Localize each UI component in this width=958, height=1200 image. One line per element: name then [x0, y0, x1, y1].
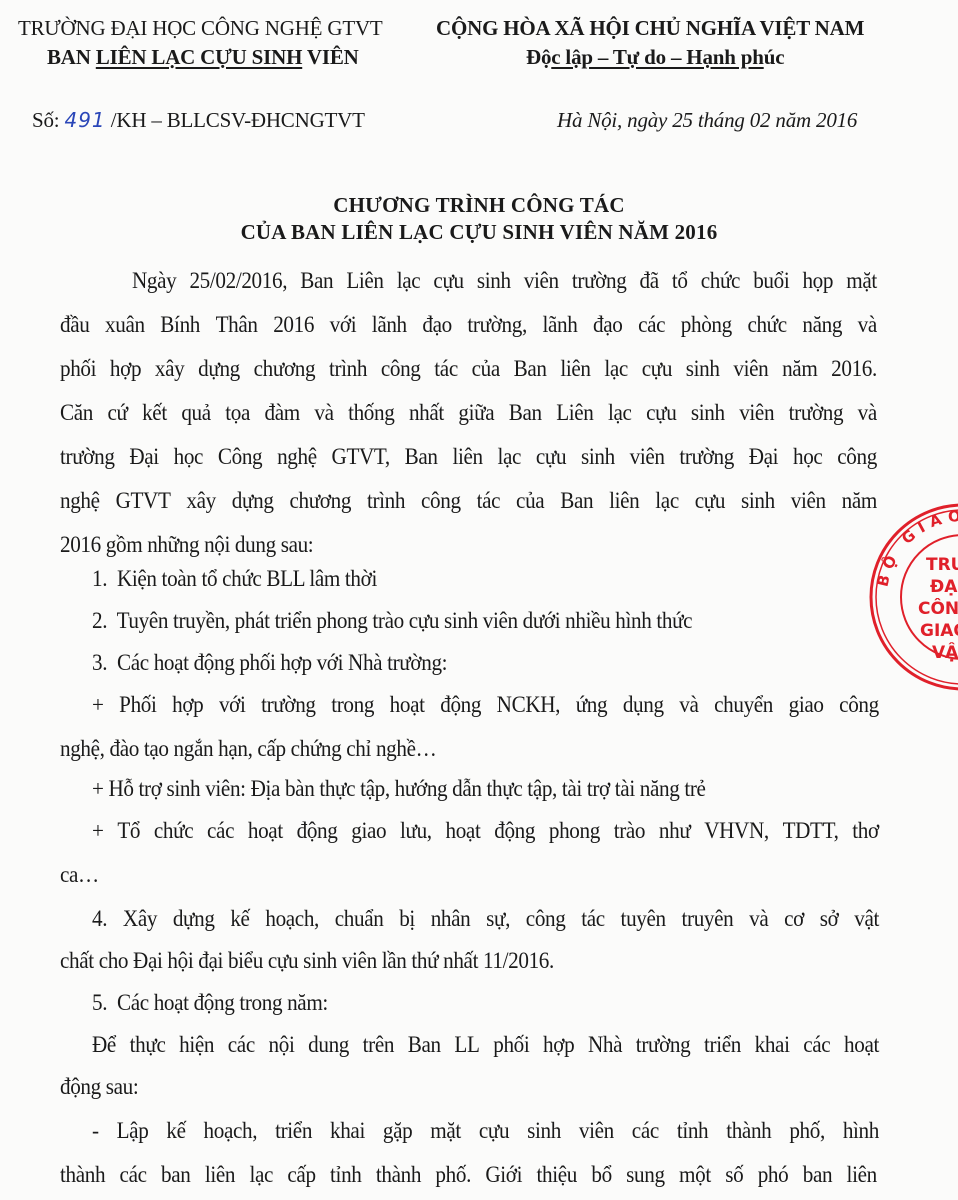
word: cựu — [433, 268, 463, 294]
word: TDTT, — [783, 818, 839, 844]
word: VHVN, — [704, 818, 769, 844]
word: lưu, — [400, 818, 432, 844]
word: sinh — [477, 268, 511, 294]
word: Giới — [485, 1162, 522, 1188]
word: phối — [60, 356, 96, 382]
word: động — [494, 818, 535, 844]
word: các — [803, 1032, 830, 1058]
word: giao — [789, 692, 824, 718]
word: bổ — [591, 1162, 611, 1188]
word: phối — [493, 1032, 529, 1058]
word: dựng — [173, 906, 215, 932]
word: các — [228, 1032, 255, 1058]
body-line: chất cho Đại hội đại biểu cựu sinh viên … — [60, 948, 554, 974]
national-title: CỘNG HÒA XÃ HỘI CHỦ NGHĨA VIỆT NAM — [436, 16, 864, 41]
body-line: 1. Kiện toàn tổ chức BLL lâm thời — [92, 566, 377, 592]
word: động — [440, 692, 481, 718]
word: sinh — [741, 488, 775, 514]
word: truyên — [682, 906, 734, 932]
word: trường — [572, 268, 627, 294]
word: dựng — [198, 356, 240, 382]
word: viên — [739, 400, 774, 426]
word: LL — [454, 1032, 479, 1058]
document-number-label: Số: — [32, 108, 59, 132]
word: trường — [636, 1032, 691, 1058]
word: lạc — [608, 400, 632, 426]
word: khai — [330, 1118, 365, 1144]
word: + — [92, 818, 104, 844]
word: tọa — [225, 400, 250, 426]
word: Bính — [160, 312, 200, 338]
word: hiện — [179, 1032, 214, 1058]
department-name-underlined: LIÊN LẠC CỰU SINH — [96, 45, 302, 69]
word: tác — [477, 488, 501, 514]
word: GTVT, — [332, 444, 390, 470]
word: hoạt — [844, 1032, 879, 1058]
word: trình — [367, 488, 405, 514]
word: Đại — [749, 444, 778, 470]
body-line: phốihợpxâydựngchươngtrìnhcôngtáccủaBanli… — [60, 356, 877, 382]
word: cựu — [536, 444, 566, 470]
word: công — [381, 356, 421, 382]
word: chức — [747, 312, 786, 338]
svg-text:TRƯ: TRƯ — [926, 555, 958, 575]
body-line: đầuxuânBínhThân2016vớilãnhđạotrường,lãnh… — [60, 312, 877, 338]
body-line: -Lậpkếhoạch,triểnkhaigặpmặtcựusinhviêncá… — [92, 1118, 879, 1144]
word: sự, — [486, 906, 510, 932]
official-stamp-icon: BỘ GIAO THÔ TRƯĐẠICÔNGGIAOVẬ — [868, 502, 958, 692]
svg-text:VẬ: VẬ — [932, 641, 958, 663]
word: liên — [560, 356, 590, 382]
word: trường, — [467, 312, 526, 338]
department-name-suffix: VIÊN — [302, 45, 358, 69]
word: nghệ — [277, 444, 317, 470]
word: trường — [789, 400, 844, 426]
body-line: động sau: — [60, 1074, 138, 1100]
word: của — [516, 488, 544, 514]
word: thiệu — [537, 1162, 577, 1188]
word: công — [839, 692, 879, 718]
word: chương — [254, 356, 316, 382]
word: xuân — [105, 312, 145, 338]
word: sở — [820, 906, 839, 932]
word: công — [421, 488, 461, 514]
word: cựu — [646, 400, 676, 426]
word: trường — [60, 444, 115, 470]
word: Ngày — [132, 268, 176, 294]
word: trường — [261, 692, 316, 718]
national-motto: Độc lập – Tự do – Hạnh phúc — [526, 45, 784, 70]
word: nhất — [409, 400, 444, 426]
word: phố, — [789, 1118, 825, 1144]
word: viên — [524, 268, 559, 294]
word: kế — [166, 1118, 185, 1144]
word: cựu — [642, 356, 672, 382]
word: Ban — [509, 400, 542, 426]
word: năng — [802, 312, 842, 338]
word: các — [120, 1162, 147, 1188]
word: trào — [614, 818, 645, 844]
word: Ban — [560, 488, 593, 514]
word: viên — [579, 1118, 614, 1144]
word: với — [330, 312, 357, 338]
word: lạc — [604, 356, 628, 382]
word: tỉnh — [330, 1162, 361, 1188]
word: đàm — [265, 400, 300, 426]
word: trên — [363, 1032, 394, 1058]
word: xây — [186, 488, 215, 514]
word: 4. — [92, 906, 107, 932]
word: thống — [348, 400, 394, 426]
word: Nhà — [588, 1032, 622, 1058]
word: liên — [452, 444, 482, 470]
word: sinh — [686, 356, 720, 382]
word: số — [725, 1162, 743, 1188]
word: phố. — [435, 1162, 471, 1188]
word: chương — [289, 488, 351, 514]
national-motto-suffix: úc — [764, 45, 785, 69]
word: xây — [155, 356, 184, 382]
word: lạc — [498, 444, 522, 470]
body-line: trườngĐạihọcCôngnghệGTVT,Banliênlạccựusi… — [60, 444, 877, 470]
document-title-line2: CỦA BAN LIÊN LẠC CỰU SINH VIÊN NĂM 2016 — [0, 220, 958, 245]
word: Ban — [405, 444, 438, 470]
word: nội — [269, 1032, 295, 1058]
word: và — [858, 400, 877, 426]
word: GTVT — [116, 488, 171, 514]
word: + — [92, 692, 104, 718]
word: kết — [142, 400, 167, 426]
body-line: nghệ, đào tạo ngắn hạn, cấp chứng chỉ ng… — [60, 736, 436, 762]
word: tuyên — [621, 906, 666, 932]
word: động — [297, 818, 338, 844]
document-number: Số: 491 /KH – BLLCSV-ĐHCNGTVT — [32, 108, 365, 133]
institution-name: TRƯỜNG ĐẠI HỌC CÔNG NGHỆ GTVT — [18, 16, 383, 41]
word: hoạt — [248, 818, 283, 844]
body-line: ĐểthựchiệncácnộidungtrênBanLLphốihợpNhàt… — [92, 1032, 879, 1058]
word: phó — [758, 1162, 789, 1188]
word: dung — [308, 1032, 349, 1058]
word: hợp — [172, 692, 203, 718]
word: ban — [161, 1162, 190, 1188]
body-line: +PhốihợpvớitrườngtronghoạtđộngNCKH,ứngdụ… — [92, 692, 879, 718]
national-motto-prefix: Độ — [526, 45, 551, 69]
word: Thân — [216, 312, 258, 338]
word: Đại — [129, 444, 158, 470]
word: tỉnh — [677, 1118, 708, 1144]
word: như — [659, 818, 691, 844]
word: Căn — [60, 400, 93, 426]
svg-text:CÔNG: CÔNG — [918, 597, 958, 619]
word: tổ — [672, 268, 688, 294]
body-line: nghệGTVTxâydựngchươngtrìnhcôngtáccủaBanl… — [60, 488, 877, 514]
word: và — [858, 312, 877, 338]
body-line: Ngày25/02/2016,BanLiênlạccựusinhviêntrườ… — [132, 268, 877, 294]
word: sinh — [581, 444, 615, 470]
word: hợp — [110, 356, 141, 382]
word: đạo — [422, 312, 451, 338]
word: dụng — [623, 692, 664, 718]
word: gặp — [383, 1118, 412, 1144]
word: các — [207, 818, 234, 844]
word: chuẩn — [335, 906, 384, 932]
word: NCKH, — [497, 692, 560, 718]
body-line: 2016 gồm những nội dung sau: — [60, 532, 313, 558]
word: chức — [154, 818, 193, 844]
word: đã — [640, 268, 659, 294]
word: kế — [230, 906, 249, 932]
body-line: 3. Các hoạt động phối hợp với Nhà trường… — [92, 650, 447, 676]
word: triển — [275, 1118, 312, 1144]
document-code: /KH – BLLCSV-ĐHCNGTVT — [111, 108, 365, 132]
word: thành — [376, 1162, 421, 1188]
word: viên — [630, 444, 665, 470]
body-line: + Hỗ trợ sinh viên: Địa bàn thực tập, hư… — [92, 776, 706, 802]
word: các — [632, 1118, 659, 1144]
word: ứng — [576, 692, 608, 718]
body-line: 2. Tuyên truyền, phát triển phong trào c… — [92, 608, 692, 634]
word: Lập — [117, 1118, 149, 1144]
word: cựu — [695, 488, 725, 514]
word: hợp — [543, 1032, 574, 1058]
word: ban — [803, 1162, 832, 1188]
word: học — [174, 444, 203, 470]
svg-text:GIAO: GIAO — [920, 621, 958, 641]
word: giao — [351, 818, 386, 844]
word: thơ — [852, 818, 879, 844]
word: thành — [60, 1162, 105, 1188]
body-line: +Tổchứccáchoạtđộnggiaolưu,hoạtđộngphongt… — [92, 818, 879, 844]
word: liên — [847, 1162, 877, 1188]
word: cựu — [479, 1118, 509, 1144]
word: trong — [331, 692, 374, 718]
word: Công — [218, 444, 262, 470]
body-line: 4.Xâydựngkếhoạch,chuẩnbịnhânsự,côngtáctu… — [92, 906, 879, 932]
word: lãnh — [372, 312, 407, 338]
word: vật — [854, 906, 879, 932]
word: Để — [92, 1032, 116, 1058]
word: thành — [726, 1118, 771, 1144]
word: lạc — [397, 268, 421, 294]
word: cấp — [287, 1162, 315, 1188]
word: đầu — [60, 312, 89, 338]
word: hoạt — [445, 818, 480, 844]
body-line: ca… — [60, 862, 99, 888]
word: hoạt — [390, 692, 425, 718]
word: lạc — [249, 1162, 273, 1188]
word: với — [219, 692, 246, 718]
word: khai — [755, 1032, 790, 1058]
word: viên — [733, 356, 768, 382]
word: trình — [329, 356, 367, 382]
document-title-line1: CHƯƠNG TRÌNH CÔNG TÁC — [0, 193, 958, 218]
word: viên — [791, 488, 826, 514]
word: Tổ — [117, 818, 140, 844]
department-name: BAN LIÊN LẠC CỰU SINH VIÊN — [47, 45, 359, 70]
word: nhân — [431, 906, 471, 932]
word: của — [472, 356, 500, 382]
word: sinh — [691, 400, 725, 426]
word: hoạch, — [265, 906, 319, 932]
word: 2016 — [273, 312, 314, 338]
word: và — [679, 692, 698, 718]
word: lạc — [655, 488, 679, 514]
word: liên — [205, 1162, 235, 1188]
word: tác — [581, 906, 605, 932]
word: các — [638, 312, 665, 338]
word: 2016. — [831, 356, 877, 382]
word: và — [749, 906, 768, 932]
word: mặt — [846, 268, 877, 294]
word: - — [92, 1118, 99, 1144]
word: sung — [626, 1162, 665, 1188]
word: hình — [843, 1118, 879, 1144]
word: học — [793, 444, 822, 470]
word: quả — [181, 400, 210, 426]
word: mặt — [430, 1118, 461, 1144]
word: 25/02/2016, — [189, 268, 287, 294]
body-line: thànhcácbanliênlạccấptỉnhthànhphố.Giớith… — [60, 1162, 877, 1188]
handwritten-number: 491 — [64, 108, 105, 132]
word: lãnh — [542, 312, 577, 338]
word: Liên — [346, 268, 383, 294]
word: trường — [679, 444, 734, 470]
word: một — [679, 1162, 711, 1188]
national-motto-underlined: c lập – Tự do – Hạnh ph — [551, 45, 763, 69]
body-line: CăncứkếtquảtọađàmvàthốngnhấtgiữaBanLiênl… — [60, 400, 877, 426]
word: tác — [434, 356, 458, 382]
word: họp — [802, 268, 833, 294]
word: bị — [399, 906, 415, 932]
word: triển — [704, 1032, 741, 1058]
word: phòng — [681, 312, 732, 338]
word: buổi — [753, 268, 789, 294]
word: và — [314, 400, 333, 426]
word: Xây — [123, 906, 157, 932]
department-name-prefix: BAN — [47, 45, 96, 69]
word: đạo — [593, 312, 622, 338]
word: hoạch, — [204, 1118, 258, 1144]
word: cứ — [107, 400, 127, 426]
word: phong — [549, 818, 600, 844]
word: nghệ — [60, 488, 100, 514]
word: chuyển — [714, 692, 773, 718]
place-date: Hà Nội, ngày 25 tháng 02 năm 2016 — [557, 108, 857, 133]
word: Ban — [514, 356, 547, 382]
word: thực — [130, 1032, 166, 1058]
word: công — [526, 906, 566, 932]
word: Ban — [300, 268, 333, 294]
word: liên — [609, 488, 639, 514]
word: sinh — [527, 1118, 561, 1144]
word: Liên — [556, 400, 593, 426]
word: Ban — [408, 1032, 441, 1058]
word: công — [837, 444, 877, 470]
word: năm — [782, 356, 817, 382]
word: chức — [701, 268, 740, 294]
body-line: 5. Các hoạt động trong năm: — [92, 990, 328, 1016]
word: giữa — [458, 400, 494, 426]
word: cơ — [784, 906, 804, 932]
word: Phối — [119, 692, 156, 718]
svg-text:ĐẠI: ĐẠI — [930, 577, 958, 597]
word: dựng — [232, 488, 274, 514]
